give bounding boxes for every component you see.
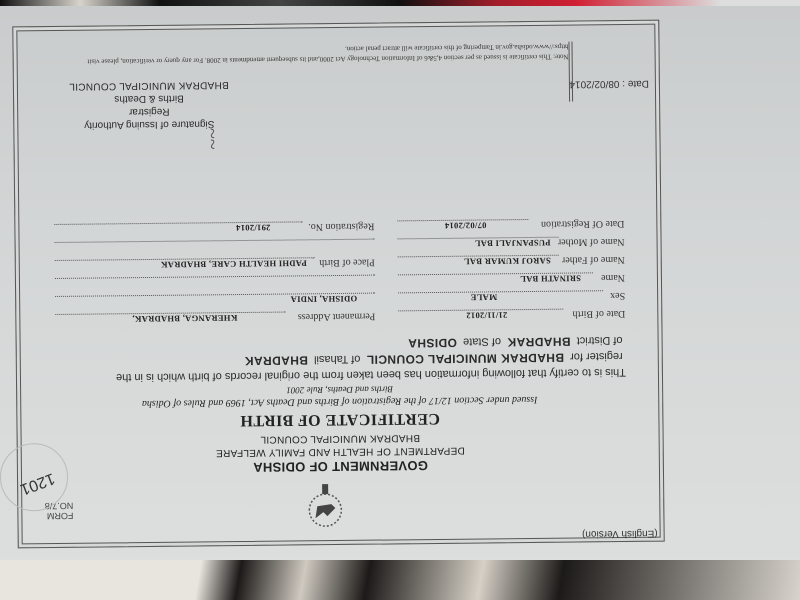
sex-label: Sex [610,290,625,301]
sex-value: MALE [470,292,497,302]
legal-note: Note: This certificate is issued as per … [29,42,569,68]
district-value: BHADRAK [507,335,571,350]
row-dob-address: Date of Birth 21/11/2012 Permanent Addre… [55,305,625,325]
permanent-address-value: KHERANGA, BHADRAK, [132,313,237,324]
date-of-registration-label: Date Of Registration [541,218,624,230]
handwritten-signature: ~~ [202,128,225,150]
row-mother: Name of Mother PUSPANJALI BAL [55,233,625,253]
row-name: Name SRINATH BAL [55,269,625,289]
permanent-address-line2: ODISHA, INDIA [290,294,357,305]
mother-label: Name of Mother [558,236,625,248]
state-value: ODISHA [408,336,457,351]
divider-line [568,42,573,102]
permanent-address-label: Permanent Address [298,311,376,323]
name-value: SRINATH BAL [520,273,581,284]
registrar-label: Registrar [49,104,249,119]
tahasil-value: BHADRAK [244,353,308,368]
dob-value: 21/11/2012 [466,310,507,320]
birth-certificate: (English Version) FORM NO.7/8 1201 GOVER… [12,20,664,549]
row-registration: Date Of Registration 07/02/2014 Registra… [54,215,624,235]
row-father-place: Name of Father SAROJ KUMAR BAL Place of … [55,251,625,271]
father-label: Name of Father [562,254,625,266]
place-of-birth-label: Place of Birth [319,257,375,269]
signature-label: Signature of Issuing Authority [49,117,249,132]
state-emblem-icon [305,480,346,530]
father-value: SAROJ KUMAR BAL [464,256,551,267]
registration-no-value: 291/2014 [236,223,271,233]
issue-date: Date : 08/02/2014 [569,78,649,90]
place-of-birth-value: PADHI HEALTH CARE, BHADRAK [161,258,307,270]
certification-statement: This is to certify that following inform… [26,332,626,385]
date-of-registration-value: 07/02/2014 [445,220,487,230]
certificate-title: CERTIFICATE OF BIRTH [17,407,662,432]
english-version-label: (English Version) [582,528,658,540]
signature-council: BHADRAK MUNICIPAL COUNCIL [49,78,249,93]
births-deaths-label: Births & Deaths [49,91,249,106]
row-sex: Sex MALE ODISHA, INDIA [55,287,625,307]
dob-label: Date of Birth [573,308,626,320]
register-for-value: BHADRAK MUNICIPAL COUNCIL [366,351,564,367]
signature-block: Signature of Issuing Authority Registrar… [49,78,250,132]
mother-value: PUSPANJALI BAL [474,238,550,249]
certificate-photo-rotated: (English Version) FORM NO.7/8 1201 GOVER… [0,0,800,600]
name-label: Name [601,272,625,283]
registration-no-label: Registration No. [308,221,374,233]
